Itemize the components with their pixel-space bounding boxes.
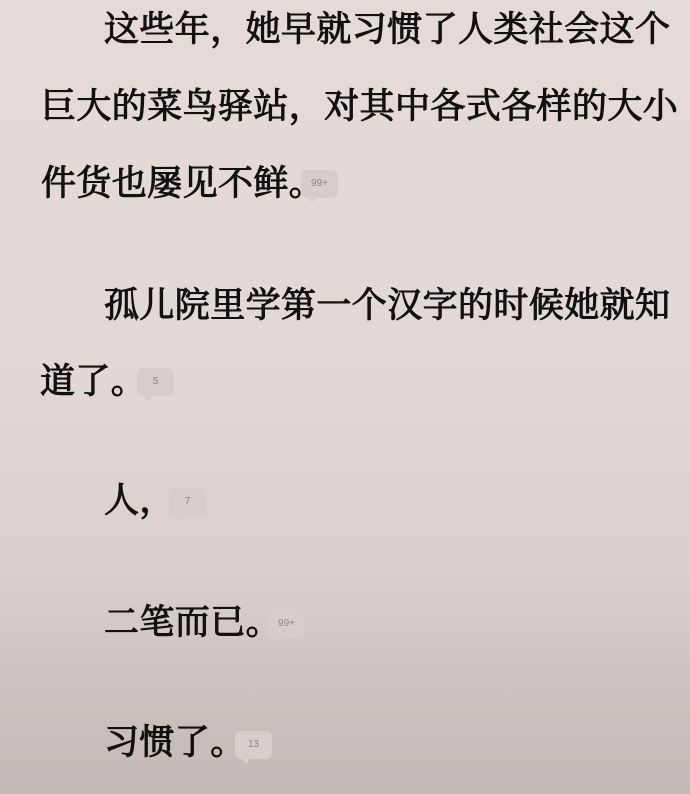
paragraph-1-line-3: 件货也屡见不鲜。 [41,164,324,204]
paragraph-comment-badge[interactable]: 7 [169,488,206,516]
paragraph-4-line-1: 二笔而已。 [104,603,281,643]
paragraph-2-line-1: 孤儿院里学第一个汉字的时候她就知 [104,286,670,326]
paragraph-2-line-2: 道了。 [40,362,146,402]
paragraph-1-line-2: 巨大的菜鸟驿站，对其中各式各样的大小 [41,87,678,127]
paragraph-comment-badge[interactable]: 99+ [268,610,305,638]
reader-page: 这些年，她早就习惯了人类社会这个 巨大的菜鸟驿站，对其中各式各样的大小 件货也屡… [0,0,690,794]
paragraph-comment-badge[interactable]: 99+ [301,170,338,198]
paragraph-5-line-1: 习惯了。 [104,723,246,763]
paragraph-1-line-1: 这些年，她早就习惯了人类社会这个 [104,10,670,50]
paragraph-3-line-1: 人， [104,481,175,521]
paragraph-comment-badge[interactable]: 5 [137,368,174,396]
paragraph-comment-badge[interactable]: 13 [235,731,272,759]
